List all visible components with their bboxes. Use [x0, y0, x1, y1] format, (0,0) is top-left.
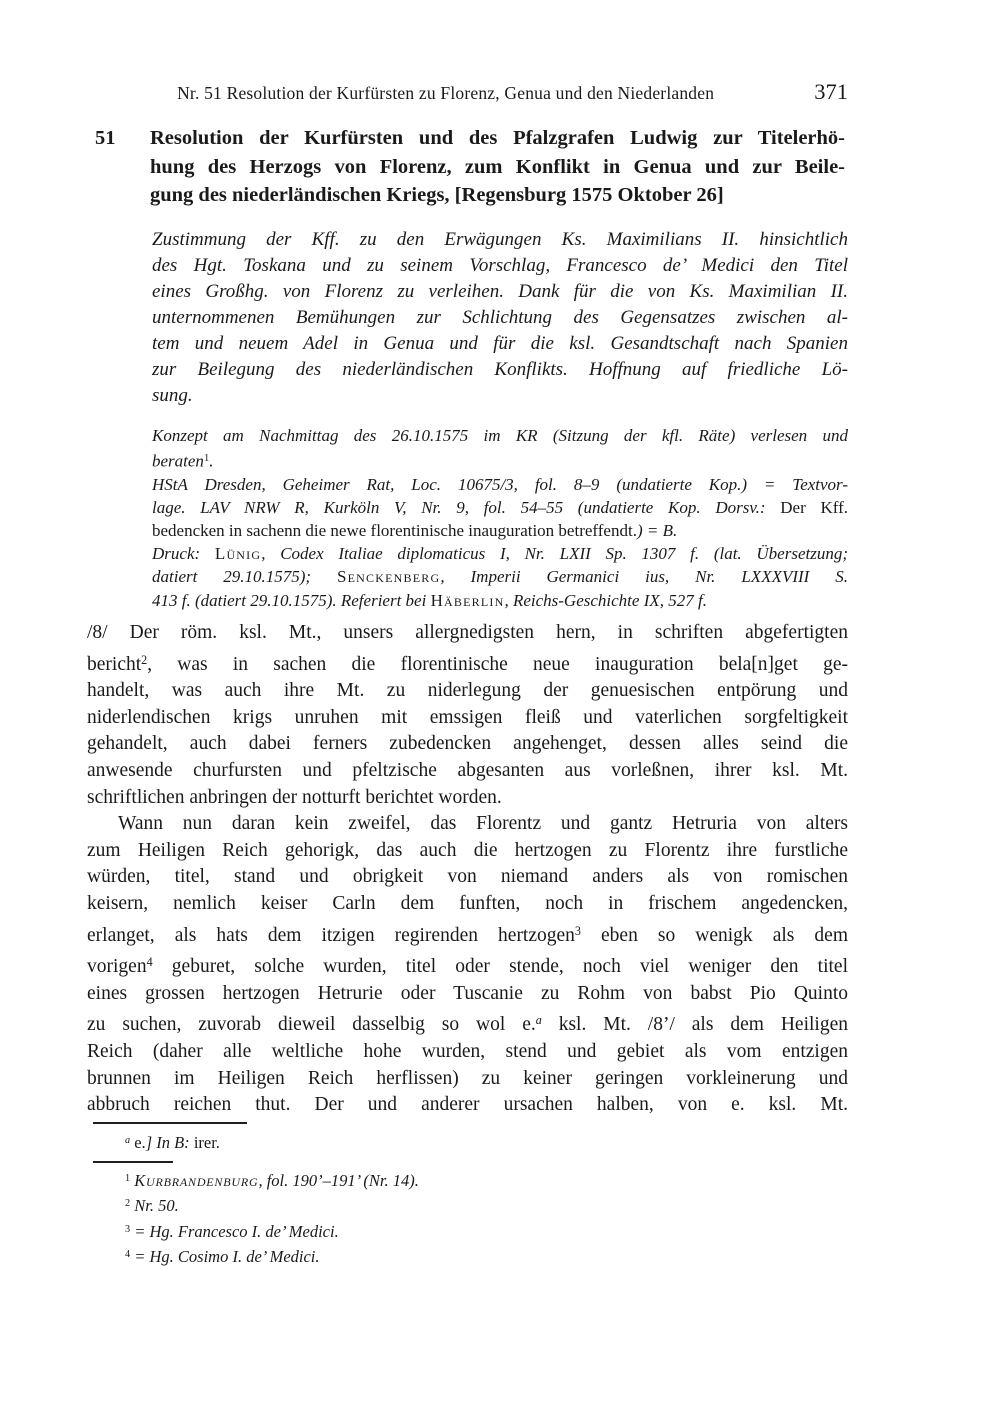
text-line: gung des niederländischen Kriegs, [Regen…	[150, 181, 845, 210]
text-line: keisern, nemlich keiser Carln dem funfte…	[87, 891, 848, 918]
footnote-separator-rule	[93, 1161, 173, 1163]
text-line: Konzept am Nachmittag des 26.10.1575 im …	[152, 424, 848, 447]
book-page: Nr. 51 Resolution der Kurfürsten zu Flor…	[0, 0, 1004, 1418]
text-line: sung.	[152, 383, 848, 409]
body-text: /8/ Der röm. ksl. Mt., unsers allergnedi…	[87, 620, 848, 1119]
text-line: zu suchen, zuvorab dieweil dasselbig so …	[87, 1007, 848, 1039]
text-line: datiert 29.10.1575); Senckenberg, Imperi…	[152, 565, 848, 588]
summary-paragraph: Zustimmung der Kff. zu den Erwägungen Ks…	[152, 227, 848, 409]
text-line: hung des Herzogs von Florenz, zum Konfli…	[150, 153, 845, 182]
text-line: 2 Nr. 50.	[87, 1192, 848, 1217]
text-line: gehandelt, auch dabei ferners zubedencke…	[87, 731, 848, 758]
apparatus-footnote: a e.] In B: irer.	[87, 1129, 848, 1154]
text-line: tem und neuem Adel in Genua und für die …	[152, 331, 848, 357]
text-line: Reich (daher alle weltliche hohe wurden,…	[87, 1039, 848, 1066]
text-line: würden, titel, stand und obrigkeit von n…	[87, 864, 848, 891]
provenance-block: Konzept am Nachmittag des 26.10.1575 im …	[152, 424, 848, 612]
text-line: beraten1.	[152, 447, 848, 472]
concept-note: Konzept am Nachmittag des 26.10.1575 im …	[152, 424, 848, 473]
text-line: abbruch reichen thut. Der und anderer ur…	[87, 1092, 848, 1119]
text-line: zur Beilegung des niederländischen Konfl…	[152, 357, 848, 383]
text-line: 3 = Hg. Francesco I. de’ Medici.	[87, 1218, 848, 1243]
text-line: 413 f. (datiert 29.10.1575). Referiert b…	[152, 589, 848, 612]
print-editions-note: Druck: Lünig, Codex Italiae diplomaticus…	[152, 542, 848, 612]
document-number: 51	[95, 124, 116, 153]
archival-source-note: HStA Dresden, Geheimer Rat, Loc. 10675/3…	[152, 473, 848, 543]
text-line: eines grossen hertzogen Hetrurie oder Tu…	[87, 981, 848, 1008]
text-line: HStA Dresden, Geheimer Rat, Loc. 10675/3…	[152, 473, 848, 496]
running-title: Nr. 51 Resolution der Kurfürsten zu Flor…	[87, 81, 804, 105]
text-line: brunnen im Heiligen Reich herflissen) zu…	[87, 1066, 848, 1093]
document-title-text: Resolution der Kurfürsten und des Pfalzg…	[150, 124, 845, 210]
text-line: zum Heiligen Reich gehorigk, das auch di…	[87, 838, 848, 865]
text-line: des Hgt. Toskana und zu seinem Vorschlag…	[152, 253, 848, 279]
numbered-footnotes: 1 Kurbrandenburg, fol. 190’–191’ (Nr. 14…	[87, 1167, 848, 1269]
text-line: Resolution der Kurfürsten und des Pfalzg…	[150, 124, 845, 153]
page-number: 371	[814, 80, 848, 104]
text-line: vorigen4 geburet, solche wurden, titel o…	[87, 949, 848, 981]
text-line: niderlendischen krigs unruhen mit emssig…	[87, 705, 848, 732]
text-line: Druck: Lünig, Codex Italiae diplomaticus…	[152, 542, 848, 565]
text-line: anwesende churfursten und pfeltzische ab…	[87, 758, 848, 785]
text-line: 4 = Hg. Cosimo I. de’ Medici.	[87, 1243, 848, 1268]
body-paragraph-2: Wann nun daran kein zweifel, das Florent…	[87, 811, 848, 1119]
body-paragraph-1: /8/ Der röm. ksl. Mt., unsers allergnedi…	[87, 620, 848, 811]
text-line: bedencken in sachenn die newe florentini…	[152, 519, 848, 542]
text-column: Nr. 51 Resolution der Kurfürsten zu Flor…	[87, 0, 848, 1418]
text-line: 1 Kurbrandenburg, fol. 190’–191’ (Nr. 14…	[87, 1167, 848, 1192]
text-line: Wann nun daran kein zweifel, das Florent…	[87, 811, 848, 838]
text-line: lage. LAV NRW R, Kurköln V, Nr. 9, fol. …	[152, 496, 848, 519]
text-line: /8/ Der röm. ksl. Mt., unsers allergnedi…	[87, 620, 848, 647]
text-line: eines Großhg. von Florenz zu verleihen. …	[152, 279, 848, 305]
running-header: Nr. 51 Resolution der Kurfürsten zu Flor…	[87, 80, 848, 105]
document-title: 51 Resolution der Kurfürsten und des Pfa…	[87, 124, 848, 210]
text-line: erlanget, als hats dem itzigen regirende…	[87, 918, 848, 950]
text-line: bericht2, was in sachen die florentinisc…	[87, 647, 848, 679]
apparatus-separator-rule	[93, 1122, 247, 1124]
text-line: schriftlichen anbringen der notturft ber…	[87, 785, 848, 812]
text-line: unternommenen Bemühungen zur Schlichtung…	[152, 305, 848, 331]
text-line: Zustimmung der Kff. zu den Erwägungen Ks…	[152, 227, 848, 253]
text-line: a e.] In B: irer.	[87, 1129, 848, 1154]
text-line: handelt, was auch ihre Mt. zu niderlegun…	[87, 678, 848, 705]
